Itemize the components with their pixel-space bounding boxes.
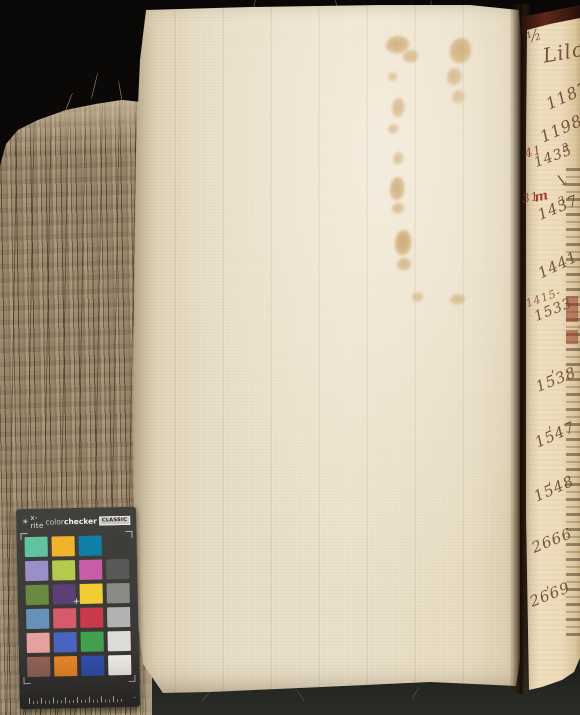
color-patch — [27, 657, 50, 677]
xrite-brand: ✳ x-rite — [22, 514, 46, 530]
colorchecker-card: ✳ x-rite colorchecker CLASSIC + ™ — [16, 507, 140, 709]
color-patch — [106, 559, 129, 579]
color-patch — [81, 631, 104, 651]
registration-bracket — [20, 533, 27, 540]
center-cross-mark: + — [73, 598, 81, 607]
color-patch — [107, 607, 130, 627]
xrite-logo-icon: ✳ — [22, 519, 28, 526]
color-patch — [26, 609, 49, 629]
product-name-bold: checker — [64, 516, 97, 526]
color-patch — [78, 535, 101, 555]
color-patch — [25, 561, 48, 581]
color-patch — [81, 655, 104, 675]
color-patch — [52, 560, 75, 580]
registration-bracket — [125, 531, 132, 538]
color-patch — [26, 585, 49, 605]
color-patch — [27, 633, 50, 653]
book-photograph: ½Lilov118711983411435↘31m3143714411415-1… — [0, 0, 580, 715]
color-patch — [108, 655, 131, 675]
trademark-symbol: ™ — [133, 696, 137, 701]
handwriting-entry: 1187 — [543, 78, 580, 114]
color-patch — [79, 583, 102, 603]
handwriting-entry: ↘ — [553, 170, 571, 192]
handwriting-entry: 1547 — [532, 418, 578, 452]
handwriting-entry: 1198 — [537, 111, 580, 147]
color-patch — [106, 583, 129, 603]
color-patch — [107, 631, 130, 651]
handwriting-entry: 2666 — [529, 524, 575, 556]
colorchecker-product: colorchecker CLASSIC — [45, 515, 130, 526]
card-ruler — [29, 696, 125, 704]
handwriting-entry: 1441 — [535, 248, 580, 283]
product-name-light: color — [45, 517, 64, 526]
handwriting-entry: Lilov — [541, 35, 580, 68]
color-patch — [54, 656, 77, 676]
classic-badge: CLASSIC — [99, 515, 131, 525]
color-patch — [54, 632, 77, 652]
xrite-brand-label: x-rite — [30, 514, 45, 530]
color-patch — [79, 559, 102, 579]
registration-bracket — [23, 677, 30, 684]
handwriting-entry: 1548 — [531, 472, 577, 506]
handwriting-entry: 1538 — [533, 363, 579, 395]
color-patch — [25, 537, 48, 557]
color-patch — [80, 607, 103, 627]
registration-bracket — [128, 675, 135, 682]
color-patch — [51, 536, 74, 556]
color-patch — [53, 608, 76, 628]
colorchecker-header: ✳ x-rite colorchecker CLASSIC — [16, 507, 136, 532]
